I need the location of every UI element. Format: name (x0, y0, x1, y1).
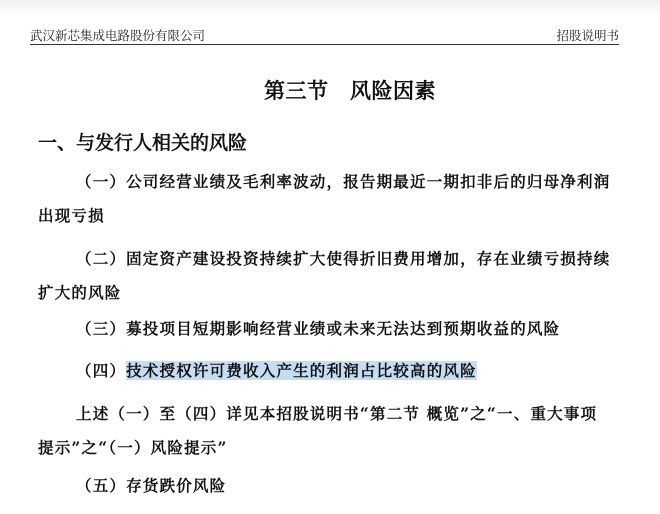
risk-item-3-text: 募投项目短期影响经营业绩或未来无法达到预期收益的风险 (126, 319, 560, 338)
risk-item-2: （二）固定资产建设投资持续扩大使得折旧费用增加，存在业绩亏损持续 扩大的风险 (38, 242, 618, 310)
risk-item-4: （四）技术授权许可费收入产生的利润占比较高的风险 (38, 354, 618, 388)
risk-item-5-text: 存货跌价风险 (126, 477, 226, 495)
risk-item-5: （五）存货跌价风险 (38, 469, 618, 503)
page-header: 武汉新芯集成电路股份有限公司 招股说明书 (30, 24, 619, 45)
heading-issuer-risks: 一、与发行人相关的风险 (38, 128, 247, 155)
risk-item-1: （一）公司经营业绩及毛利率波动，报告期最近一期扣非后的归母净利润 出现亏损 (38, 165, 618, 233)
reference-note: 上述（一）至（四）详见本招股说明书“第二节 概览”之“一、重大事项 提示”之“（… (38, 397, 618, 465)
risk-item-2-text-cont: 扩大的风险 (38, 276, 618, 310)
risk-item-1-number: （一） (76, 172, 126, 191)
reference-note-line2: 提示”之“（一）风险提示” (38, 431, 618, 465)
risk-item-1-text: 公司经营业绩及毛利率波动，报告期最近一期扣非后的归母净利润 (126, 172, 610, 191)
risk-item-3-number: （三） (76, 319, 126, 338)
section-title: 第三节 风险因素 (0, 75, 660, 105)
risk-item-1-text-cont: 出现亏损 (38, 199, 618, 233)
risk-item-5-number: （五） (76, 476, 126, 495)
risk-item-2-text: 固定资产建设投资持续扩大使得折旧费用增加，存在业绩亏损持续 (126, 249, 610, 268)
risk-item-4-text-highlighted[interactable]: 技术授权许可费收入产生的利润占比较高的风险 (126, 361, 477, 380)
page-top-shadow (0, 0, 660, 18)
company-name: 武汉新芯集成电路股份有限公司 (30, 26, 205, 44)
risk-item-4-number: （四） (76, 361, 126, 380)
document-type: 招股说明书 (556, 26, 619, 44)
reference-note-line1: 上述（一）至（四）详见本招股说明书“第二节 概览”之“一、重大事项 (76, 404, 597, 423)
risk-item-3: （三）募投项目短期影响经营业绩或未来无法达到预期收益的风险 (38, 312, 618, 346)
risk-item-2-number: （二） (76, 249, 126, 268)
